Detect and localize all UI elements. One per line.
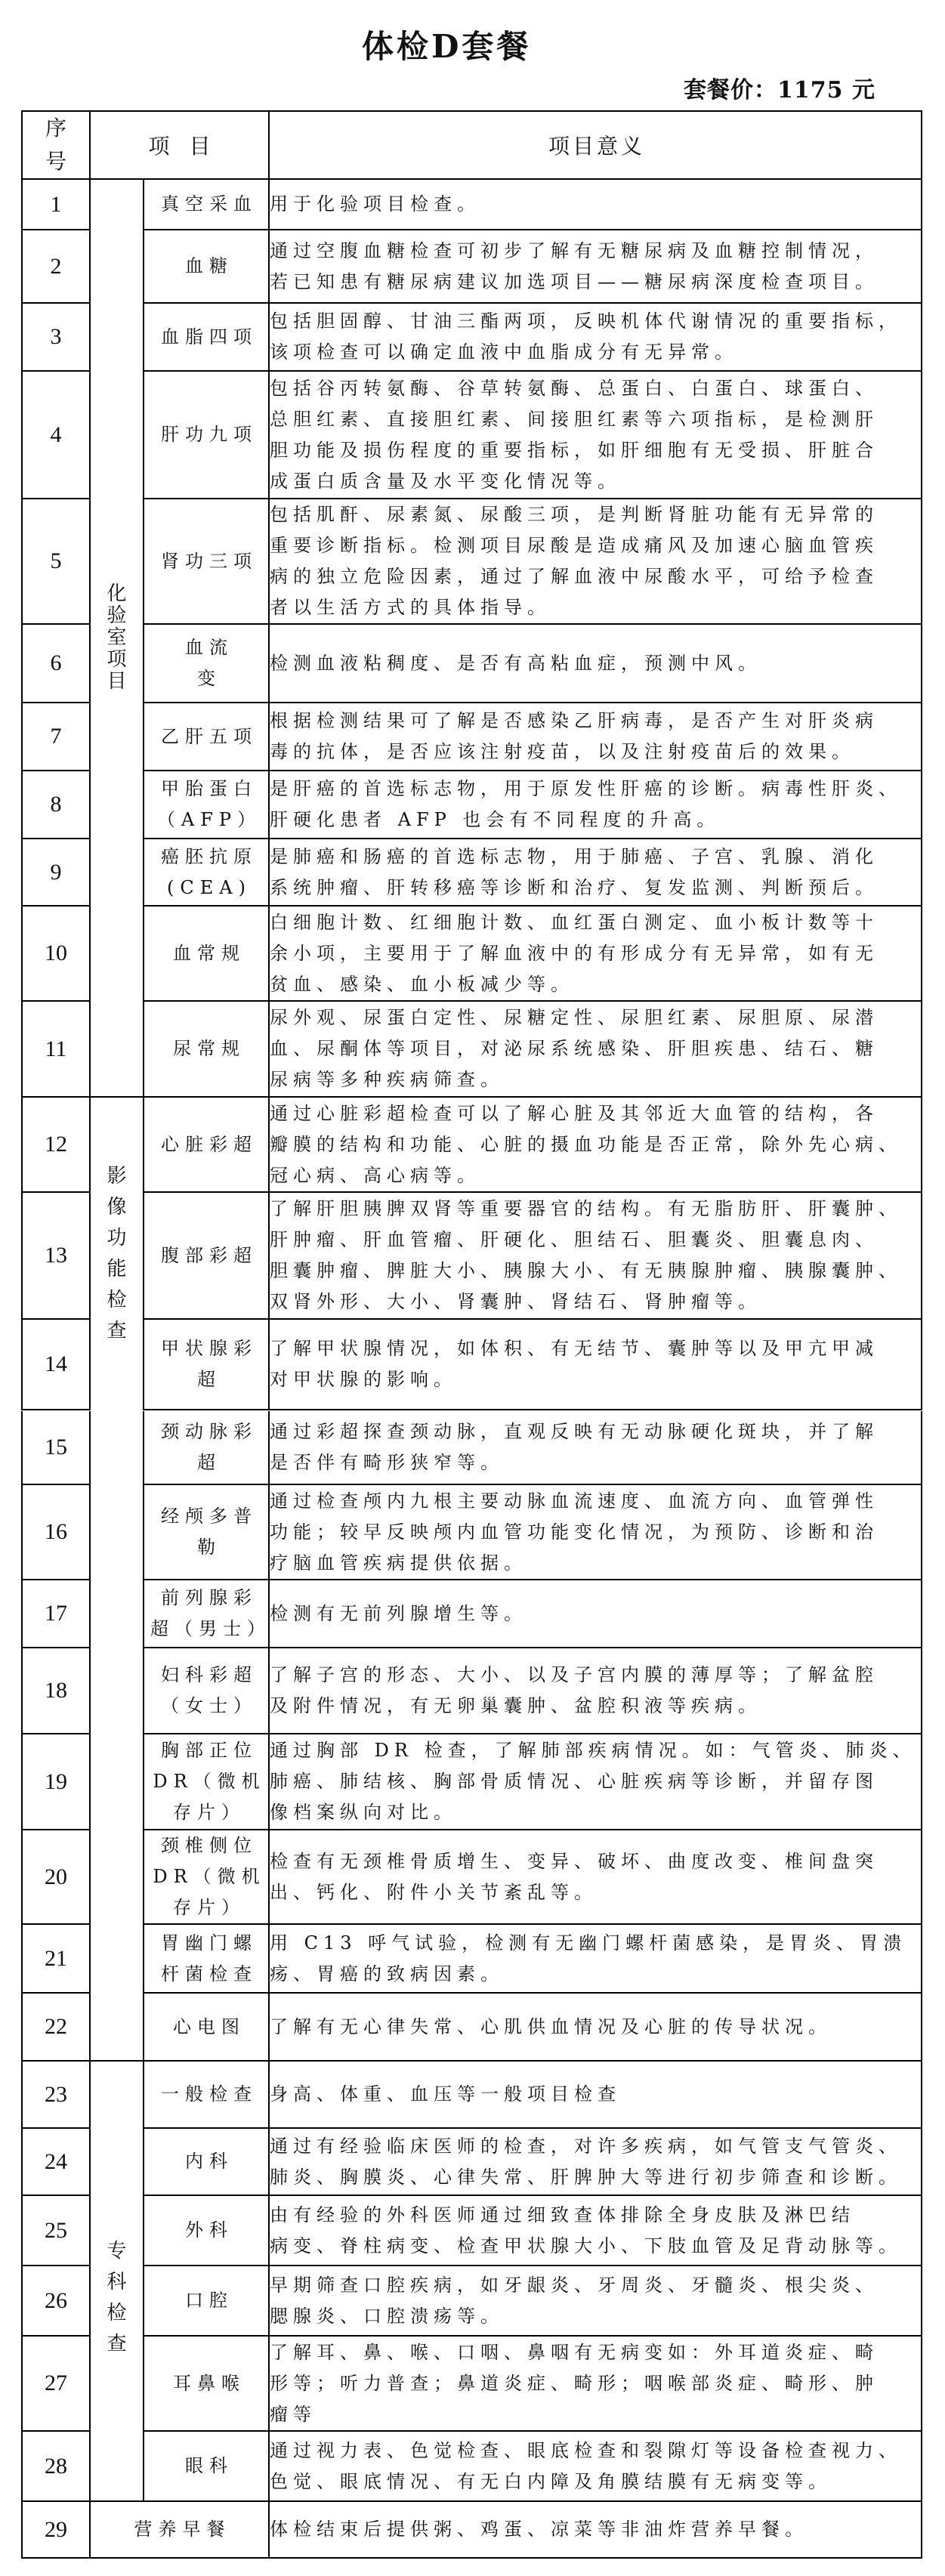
item-name: 颈椎侧位 DR（微机 存片） bbox=[144, 1830, 269, 1924]
meaning-line: 余小项，主要用于了解血液中的有形成分有无异常，如有无 bbox=[270, 938, 921, 969]
meaning-line: 肺癌、肺结核、胸部骨质情况、心脏疾病等诊断，并留存图 bbox=[270, 1766, 921, 1797]
row-number: 10 bbox=[22, 906, 90, 1001]
table-row: 28 眼科 通过视力表、色觉检查、眼底检查和裂隙灯等设备检查视力、 色觉、眼底情… bbox=[22, 2431, 922, 2501]
item-name-line: 甲胎蛋白 bbox=[144, 774, 268, 805]
item-name-line: 肝功九项 bbox=[144, 419, 268, 450]
row-number: 17 bbox=[22, 1580, 90, 1648]
meaning-line: 冠心病、高心病等。 bbox=[270, 1160, 921, 1191]
table-row: 1 化验室项目 真空采血 用于化验项目检查。 bbox=[22, 179, 922, 230]
item-name: 血糖 bbox=[144, 230, 269, 303]
table-row: 12 影像功能检查 心脏彩超 通过心脏彩超检查可以了解心脏及其邻近大血管的结构，… bbox=[22, 1097, 922, 1192]
item-name-line: 勒 bbox=[144, 1532, 268, 1563]
meaning-line: 病变、脊柱病变、检查甲状腺大小、下肢血管及足背动脉等。 bbox=[270, 2231, 921, 2262]
item-name-line: 真空采血 bbox=[144, 189, 268, 220]
table-row: 5 肾功三项 包括肌酐、尿素氮、尿酸三项，是判断肾脏功能有无异常的 重要诊断指标… bbox=[22, 499, 922, 624]
meaning-line: 是肝癌的首选标志物，用于原发性肝癌的诊断。病毒性肝炎、 bbox=[270, 774, 921, 805]
item-name-line: 存片） bbox=[144, 1892, 268, 1923]
item-meaning: 是肺癌和肠癌的首选标志物，用于肺癌、子宫、乳腺、消化 系统肿瘤、肝转移癌等诊断和… bbox=[269, 839, 922, 906]
item-meaning: 了解甲状腺情况，如体积、有无结节、囊肿等以及甲亢甲减 对甲状腺的影响。 bbox=[269, 1319, 922, 1410]
meaning-line: 通过有经验临床医师的检查，对许多疾病，如气管支气管炎、 bbox=[270, 2131, 921, 2162]
item-name: 甲胎蛋白 （AFP） bbox=[144, 771, 269, 839]
item-name: 乙肝五项 bbox=[144, 703, 269, 771]
item-name-line: 存片） bbox=[144, 1797, 268, 1828]
meaning-line: 疗脑血管疾病提供依据。 bbox=[270, 1548, 921, 1579]
row-number: 8 bbox=[22, 771, 90, 839]
page-title: 体检D套餐 bbox=[362, 27, 531, 66]
item-name: 胸部正位 DR（微机 存片） bbox=[144, 1734, 269, 1830]
package-price: 套餐价：1175 元 bbox=[684, 76, 876, 106]
category-label-lab: 化验室项目 bbox=[107, 583, 127, 693]
item-name-line: 一般检查 bbox=[144, 2079, 268, 2110]
meaning-line: 通过检查颅内九根主要动脉血流速度、血流方向、血管弹性 bbox=[270, 1486, 921, 1517]
header-no-label: 序号 bbox=[45, 112, 66, 178]
row-number: 29 bbox=[22, 2501, 90, 2558]
meaning-line: 及附件情况，有无卵巢囊肿、盆腔积液等疾病。 bbox=[270, 1691, 921, 1722]
item-meaning: 尿外观、尿蛋白定性、尿糖定性、尿胆红素、尿胆原、尿潜 血、尿酮体等项目，对泌尿系… bbox=[269, 1001, 922, 1097]
item-meaning: 根据检测结果可了解是否感染乙肝病毒，是否产生对肝炎病 毒的抗体，是否应该注射疫苗… bbox=[269, 703, 922, 771]
item-name: 癌胚抗原 (CEA) bbox=[144, 839, 269, 906]
item-meaning: 用于化验项目检查。 bbox=[269, 179, 922, 230]
meaning-line: 用 C13 呼气试验，检测有无幽门螺杆菌感染，是胃炎、胃溃 bbox=[270, 1928, 921, 1959]
meaning-line: 由有经验的外科医师通过细致查体排除全身皮肤及淋巴结 bbox=[270, 2200, 921, 2231]
item-meaning: 检查有无颈椎骨质增生、变异、破坏、曲度改变、椎间盘突 出、钙化、附件小关节紊乱等… bbox=[269, 1830, 922, 1924]
table-row: 23 专科检查 一般检查 身高、体重、血压等一般项目检查 bbox=[22, 2061, 922, 2128]
item-name-line: 外科 bbox=[144, 2215, 268, 2246]
meaning-line: 体检结束后提供粥、鸡蛋、凉菜等非油炸营养早餐。 bbox=[270, 2514, 921, 2545]
item-name: 血常规 bbox=[144, 906, 269, 1001]
item-name: 胃幽门螺 杆菌检查 bbox=[144, 1924, 269, 1993]
item-name-line: （AFP） bbox=[144, 805, 268, 836]
item-meaning: 检测血液粘稠度、是否有高粘血症，预测中风。 bbox=[269, 624, 922, 703]
meaning-line: 瓣膜的结构和功能、心脏的摄血功能是否正常，除外先心病、 bbox=[270, 1129, 921, 1160]
meaning-line: 成蛋白质含量及水平变化情况等。 bbox=[270, 466, 921, 497]
row-number: 12 bbox=[22, 1097, 90, 1192]
meaning-line: 了解甲状腺情况，如体积、有无结节、囊肿等以及甲亢甲减 bbox=[270, 1333, 921, 1364]
meaning-line: 功能；较早反映颅内血管功能变化情况，为预防、诊断和治 bbox=[270, 1517, 921, 1548]
table-row: 6 血流 变 检测血液粘稠度、是否有高粘血症，预测中风。 bbox=[22, 624, 922, 703]
row-number: 4 bbox=[22, 371, 90, 499]
item-name: 真空采血 bbox=[144, 179, 269, 230]
item-name-line: 超（男士） bbox=[144, 1614, 268, 1645]
item-name-line: 眼科 bbox=[144, 2451, 268, 2482]
table-row: 29 营养早餐 体检结束后提供粥、鸡蛋、凉菜等非油炸营养早餐。 bbox=[22, 2501, 922, 2558]
item-meaning: 检测有无前列腺增生等。 bbox=[269, 1580, 922, 1648]
item-name: 腹部彩超 bbox=[144, 1192, 269, 1319]
meaning-line: 该项检查可以确定血液中血脂成分有无异常。 bbox=[270, 337, 921, 368]
category-label-imaging: 影像功能检查 bbox=[107, 1161, 127, 1347]
document-page: 体检D套餐 套餐价：1175 元 序号 项目 项目意义 1 化验室项目 真空采血… bbox=[0, 0, 945, 2576]
item-meaning: 早期筛查口腔疾病，如牙龈炎、牙周炎、牙髓炎、根尖炎、 腮腺炎、口腔溃疡等。 bbox=[269, 2266, 922, 2336]
row-number: 21 bbox=[22, 1924, 90, 1993]
item-name-line: 妇科彩超 bbox=[144, 1660, 268, 1691]
meaning-line: 了解耳、鼻、喉、口咽、鼻咽有无病变如：外耳道炎症、畸 bbox=[270, 2337, 921, 2368]
row-number: 14 bbox=[22, 1319, 90, 1410]
item-name-line: 癌胚抗原 bbox=[144, 842, 268, 873]
row-number: 22 bbox=[22, 1993, 90, 2061]
table-row: 2 血糖 通过空腹血糖检查可初步了解有无糖尿病及血糖控制情况， 若已知患有糖尿病… bbox=[22, 230, 922, 303]
item-meaning: 包括谷丙转氨酶、谷草转氨酶、总蛋白、白蛋白、球蛋白、 总胆红素、直接胆红素、间接… bbox=[269, 371, 922, 499]
item-name-line: 乙肝五项 bbox=[144, 721, 268, 752]
item-name: 颈动脉彩 超 bbox=[144, 1411, 269, 1484]
meaning-line: 色觉、眼底情况、有无白内障及角膜结膜有无病变等。 bbox=[270, 2466, 921, 2497]
row-number: 26 bbox=[22, 2266, 90, 2336]
row-number: 7 bbox=[22, 703, 90, 771]
item-name: 外科 bbox=[144, 2195, 269, 2266]
item-name: 血脂四项 bbox=[144, 303, 269, 371]
row-number: 3 bbox=[22, 303, 90, 371]
meaning-line: 系统肿瘤、肝转移癌等诊断和治疗、复发监测、判断预后。 bbox=[270, 873, 921, 903]
meaning-line: 肺炎、胸膜炎、心律失常、肝脾肿大等进行初步筛查和诊断。 bbox=[270, 2162, 921, 2193]
category-cell-imaging: 影像功能检查 bbox=[90, 1097, 144, 1410]
item-name: 前列腺彩 超（男士） bbox=[144, 1580, 269, 1648]
table-row: 17 前列腺彩 超（男士） 检测有无前列腺增生等。 bbox=[22, 1580, 922, 1648]
table-row: 22 心电图 了解有无心律失常、心肌供血情况及心脏的传导状况。 bbox=[22, 1993, 922, 2061]
item-name: 耳鼻喉 bbox=[144, 2336, 269, 2431]
item-meaning: 用 C13 呼气试验，检测有无幽门螺杆菌感染，是胃炎、胃溃 疡、胃癌的致病因素。 bbox=[269, 1924, 922, 1993]
item-meaning: 了解肝胆胰脾双肾等重要器官的结构。有无脂肪肝、肝囊肿、 肝肿瘤、肝血管瘤、肝硬化… bbox=[269, 1192, 922, 1319]
meaning-line: 检查有无颈椎骨质增生、变异、破坏、曲度改变、椎间盘突 bbox=[270, 1846, 921, 1877]
item-name: 肾功三项 bbox=[144, 499, 269, 624]
table-row: 4 肝功九项 包括谷丙转氨酶、谷草转氨酶、总蛋白、白蛋白、球蛋白、 总胆红素、直… bbox=[22, 371, 922, 499]
item-meaning: 包括胆固醇、甘油三酯两项，反映机体代谢情况的重要指标， 该项检查可以确定血液中血… bbox=[269, 303, 922, 371]
row-number: 1 bbox=[22, 179, 90, 230]
meaning-line: 肝肿瘤、肝血管瘤、肝硬化、胆结石、胆囊炎、胆囊息肉、 bbox=[270, 1225, 921, 1256]
table-row: 27 耳鼻喉 了解耳、鼻、喉、口咽、鼻咽有无病变如：外耳道炎症、畸 形等；听力普… bbox=[22, 2336, 922, 2431]
item-name: 尿常规 bbox=[144, 1001, 269, 1097]
item-name: 心电图 bbox=[144, 1993, 269, 2061]
item-name-line: 前列腺彩 bbox=[144, 1583, 268, 1614]
row-number: 27 bbox=[22, 2336, 90, 2431]
item-name-line: 血常规 bbox=[144, 938, 268, 969]
meaning-line: 疡、胃癌的致病因素。 bbox=[270, 1959, 921, 1990]
item-name-line: 胸部正位 bbox=[144, 1735, 268, 1766]
item-name-line: DR（微机 bbox=[144, 1861, 268, 1892]
meaning-line: 包括谷丙转氨酶、谷草转氨酶、总蛋白、白蛋白、球蛋白、 bbox=[270, 373, 921, 404]
item-meaning: 是肝癌的首选标志物，用于原发性肝癌的诊断。病毒性肝炎、 肝硬化患者 AFP 也会… bbox=[269, 771, 922, 839]
meaning-line: 若已知患有糖尿病建议加选项目——糖尿病深度检查项目。 bbox=[270, 267, 921, 298]
table-row: 24 内科 通过有经验临床医师的检查，对许多疾病，如气管支气管炎、 肺炎、胸膜炎… bbox=[22, 2128, 922, 2195]
item-name-line: 心脏彩超 bbox=[144, 1129, 268, 1160]
item-name-line: 变 bbox=[144, 663, 268, 694]
table-row: 3 血脂四项 包括胆固醇、甘油三酯两项，反映机体代谢情况的重要指标， 该项检查可… bbox=[22, 303, 922, 371]
row-number: 6 bbox=[22, 624, 90, 703]
table-row: 7 乙肝五项 根据检测结果可了解是否感染乙肝病毒，是否产生对肝炎病 毒的抗体，是… bbox=[22, 703, 922, 771]
item-name-line: 经颅多普 bbox=[144, 1501, 268, 1532]
category-cell-lab: 化验室项目 bbox=[90, 179, 144, 1097]
item-name: 口腔 bbox=[144, 2266, 269, 2336]
item-meaning: 体检结束后提供粥、鸡蛋、凉菜等非油炸营养早餐。 bbox=[269, 2501, 922, 2558]
item-meaning: 了解子宫的形态、大小、以及子宫内膜的薄厚等；了解盆腔 及附件情况，有无卵巢囊肿、… bbox=[269, 1648, 922, 1734]
item-name-line: 杆菌检查 bbox=[144, 1959, 268, 1990]
row-number: 19 bbox=[22, 1734, 90, 1830]
item-name-line: 肾功三项 bbox=[144, 546, 268, 577]
meaning-line: 形等；听力普查；鼻道炎症、畸形；咽喉部炎症、畸形、肿 bbox=[270, 2368, 921, 2399]
item-name-line: 超 bbox=[144, 1364, 268, 1395]
table-row: 9 癌胚抗原 (CEA) 是肺癌和肠癌的首选标志物，用于肺癌、子宫、乳腺、消化 … bbox=[22, 839, 922, 906]
meaning-line: 早期筛查口腔疾病，如牙龈炎、牙周炎、牙髓炎、根尖炎、 bbox=[270, 2270, 921, 2301]
row-number: 20 bbox=[22, 1830, 90, 1924]
table-row: 26 口腔 早期筛查口腔疾病，如牙龈炎、牙周炎、牙髓炎、根尖炎、 腮腺炎、口腔溃… bbox=[22, 2266, 922, 2336]
meaning-line: 了解肝胆胰脾双肾等重要器官的结构。有无脂肪肝、肝囊肿、 bbox=[270, 1194, 921, 1225]
meaning-line: 病的独立危险因素，通过了解血液中尿酸水平，可给予检查 bbox=[270, 561, 921, 592]
meaning-line: 胆囊肿瘤、脾脏大小、胰腺大小、有无胰腺肿瘤、胰腺囊肿、 bbox=[270, 1256, 921, 1286]
item-name-line: DR（微机 bbox=[144, 1766, 268, 1797]
item-meaning: 通过彩超探查颈动脉，直观反映有无动脉硬化斑块，并了解 是否伴有畸形狭窄等。 bbox=[269, 1411, 922, 1484]
row-number: 18 bbox=[22, 1648, 90, 1734]
meaning-line: 包括肌酐、尿素氮、尿酸三项，是判断肾脏功能有无异常的 bbox=[270, 499, 921, 530]
row-number: 28 bbox=[22, 2431, 90, 2501]
table-row: 21 胃幽门螺 杆菌检查 用 C13 呼气试验，检测有无幽门螺杆菌感染，是胃炎、… bbox=[22, 1924, 922, 1993]
row-number: 11 bbox=[22, 1001, 90, 1097]
meaning-line: 用于化验项目检查。 bbox=[270, 189, 921, 220]
meaning-line: 毒的抗体，是否应该注射疫苗，以及注射疫苗后的效果。 bbox=[270, 737, 921, 768]
table-row: 11 尿常规 尿外观、尿蛋白定性、尿糖定性、尿胆红素、尿胆原、尿潜 血、尿酮体等… bbox=[22, 1001, 922, 1097]
item-name-line: 营养早餐 bbox=[91, 2514, 268, 2545]
item-meaning: 通过心脏彩超检查可以了解心脏及其邻近大血管的结构，各 瓣膜的结构和功能、心脏的摄… bbox=[269, 1097, 922, 1192]
item-name-line: 颈椎侧位 bbox=[144, 1830, 268, 1861]
item-name: 内科 bbox=[144, 2128, 269, 2195]
table-row: 10 血常规 白细胞计数、红细胞计数、血红蛋白测定、血小板计数等十 余小项，主要… bbox=[22, 906, 922, 1001]
item-name-line: 血流 bbox=[144, 632, 268, 663]
meaning-line: 血、尿酮体等项目，对泌尿系统感染、肝胆疾患、结石、糖 bbox=[270, 1033, 921, 1064]
row-number: 25 bbox=[22, 2195, 90, 2266]
meaning-line: 总胆红素、直接胆红素、间接胆红素等六项指标，是检测肝 bbox=[270, 404, 921, 435]
meaning-line: 了解子宫的形态、大小、以及子宫内膜的薄厚等；了解盆腔 bbox=[270, 1660, 921, 1691]
row-number: 2 bbox=[22, 230, 90, 303]
item-meaning: 通过有经验临床医师的检查，对许多疾病，如气管支气管炎、 肺炎、胸膜炎、心律失常、… bbox=[269, 2128, 922, 2195]
row-number: 9 bbox=[22, 839, 90, 906]
package-table-part-1: 序号 项目 项目意义 1 化验室项目 真空采血 用于化验项目检查。 2 血糖 通… bbox=[21, 110, 922, 1410]
item-name-line: （女士） bbox=[144, 1691, 268, 1722]
item-name-line: 口腔 bbox=[144, 2285, 268, 2316]
meaning-line: 通过心脏彩超检查可以了解心脏及其邻近大血管的结构，各 bbox=[270, 1098, 921, 1129]
header-meaning: 项目意义 bbox=[269, 111, 922, 179]
meaning-line: 通过彩超探查颈动脉，直观反映有无动脉硬化斑块，并了解 bbox=[270, 1416, 921, 1447]
category-label-specialist: 专科检查 bbox=[107, 2236, 127, 2360]
item-meaning: 白细胞计数、红细胞计数、血红蛋白测定、血小板计数等十 余小项，主要用于了解血液中… bbox=[269, 906, 922, 1001]
table-row: 19 胸部正位 DR（微机 存片） 通过胸部 DR 检查，了解肺部疾病情况。如：… bbox=[22, 1734, 922, 1830]
table-header-row: 序号 项目 项目意义 bbox=[22, 111, 922, 179]
item-meaning: 了解耳、鼻、喉、口咽、鼻咽有无病变如：外耳道炎症、畸 形等；听力普查；鼻道炎症、… bbox=[269, 2336, 922, 2431]
item-name: 肝功九项 bbox=[144, 371, 269, 499]
meaning-line: 检测有无前列腺增生等。 bbox=[270, 1598, 921, 1629]
table-row: 8 甲胎蛋白 （AFP） 是肝癌的首选标志物，用于原发性肝癌的诊断。病毒性肝炎、… bbox=[22, 771, 922, 839]
item-name: 一般检查 bbox=[144, 2061, 269, 2128]
category-cell-imaging-continued bbox=[90, 1411, 144, 2061]
item-meaning: 由有经验的外科医师通过细致查体排除全身皮肤及淋巴结 病变、脊柱病变、检查甲状腺大… bbox=[269, 2195, 922, 2266]
meaning-line: 白细胞计数、红细胞计数、血红蛋白测定、血小板计数等十 bbox=[270, 907, 921, 938]
header-meaning-label: 项目意义 bbox=[545, 134, 645, 159]
item-name-line: 心电图 bbox=[144, 2012, 268, 2043]
meaning-line: 通过视力表、色觉检查、眼底检查和裂隙灯等设备检查视力、 bbox=[270, 2435, 921, 2466]
item-name-line: (CEA) bbox=[144, 873, 268, 903]
item-name: 眼科 bbox=[144, 2431, 269, 2501]
table-row: 16 经颅多普 勒 通过检查颅内九根主要动脉血流速度、血流方向、血管弹性 功能；… bbox=[22, 1484, 922, 1580]
table-row: 25 外科 由有经验的外科医师通过细致查体排除全身皮肤及淋巴结 病变、脊柱病变、… bbox=[22, 2195, 922, 2266]
category-cell-specialist: 专科检查 bbox=[90, 2061, 144, 2501]
item-meaning: 通过检查颅内九根主要动脉血流速度、血流方向、血管弹性 功能；较早反映颅内血管功能… bbox=[269, 1484, 922, 1580]
item-name-line: 血脂四项 bbox=[144, 322, 268, 353]
item-name: 心脏彩超 bbox=[144, 1097, 269, 1192]
row-number: 16 bbox=[22, 1484, 90, 1580]
header-item-label: 项目 bbox=[129, 134, 230, 159]
row-number: 24 bbox=[22, 2128, 90, 2195]
item-name: 经颅多普 勒 bbox=[144, 1484, 269, 1580]
meaning-line: 检测血液粘稠度、是否有高粘血症，预测中风。 bbox=[270, 648, 921, 679]
header-no: 序号 bbox=[22, 111, 90, 179]
item-name-line: 胃幽门螺 bbox=[144, 1928, 268, 1959]
item-meaning: 通过视力表、色觉检查、眼底检查和裂隙灯等设备检查视力、 色觉、眼底情况、有无白内… bbox=[269, 2431, 922, 2501]
row-number: 13 bbox=[22, 1192, 90, 1319]
row-number: 23 bbox=[22, 2061, 90, 2128]
meaning-line: 尿外观、尿蛋白定性、尿糖定性、尿胆红素、尿胆原、尿潜 bbox=[270, 1002, 921, 1033]
item-meaning: 包括肌酐、尿素氮、尿酸三项，是判断肾脏功能有无异常的 重要诊断指标。检测项目尿酸… bbox=[269, 499, 922, 624]
item-name-line: 血糖 bbox=[144, 251, 268, 282]
meaning-line: 通过胸部 DR 检查，了解肺部疾病情况。如：气管炎、肺炎、 bbox=[270, 1735, 921, 1766]
table-row: 18 妇科彩超 （女士） 了解子宫的形态、大小、以及子宫内膜的薄厚等；了解盆腔 … bbox=[22, 1648, 922, 1734]
meaning-line: 像档案纵向对比。 bbox=[270, 1797, 921, 1828]
meaning-line: 根据检测结果可了解是否感染乙肝病毒，是否产生对肝炎病 bbox=[270, 706, 921, 737]
header-item: 项目 bbox=[90, 111, 269, 179]
item-meaning: 身高、体重、血压等一般项目检查 bbox=[269, 2061, 922, 2128]
table-row: 13 腹部彩超 了解肝胆胰脾双肾等重要器官的结构。有无脂肪肝、肝囊肿、 肝肿瘤、… bbox=[22, 1192, 922, 1319]
meaning-line: 出、钙化、附件小关节紊乱等。 bbox=[270, 1877, 921, 1908]
row-number: 5 bbox=[22, 499, 90, 624]
item-meaning: 通过空腹血糖检查可初步了解有无糖尿病及血糖控制情况， 若已知患有糖尿病建议加选项… bbox=[269, 230, 922, 303]
item-name-line: 内科 bbox=[144, 2146, 268, 2177]
meaning-line: 是肺癌和肠癌的首选标志物，用于肺癌、子宫、乳腺、消化 bbox=[270, 842, 921, 873]
item-name: 妇科彩超 （女士） bbox=[144, 1648, 269, 1734]
meaning-line: 身高、体重、血压等一般项目检查 bbox=[270, 2079, 921, 2110]
meaning-line: 者以生活方式的具体指导。 bbox=[270, 592, 921, 623]
meaning-line: 通过空腹血糖检查可初步了解有无糖尿病及血糖控制情况， bbox=[270, 236, 921, 267]
meaning-line: 贫血、感染、血小板减少等。 bbox=[270, 969, 921, 1000]
meaning-line: 肝硬化患者 AFP 也会有不同程度的升高。 bbox=[270, 805, 921, 836]
meaning-line: 了解有无心律失常、心肌供血情况及心脏的传导状况。 bbox=[270, 2012, 921, 2043]
meaning-line: 对甲状腺的影响。 bbox=[270, 1364, 921, 1395]
package-table-part-2: 15 颈动脉彩 超 通过彩超探查颈动脉，直观反映有无动脉硬化斑块，并了解 是否伴… bbox=[21, 1411, 922, 2559]
item-name: 营养早餐 bbox=[90, 2501, 269, 2558]
table-row: 15 颈动脉彩 超 通过彩超探查颈动脉，直观反映有无动脉硬化斑块，并了解 是否伴… bbox=[22, 1411, 922, 1484]
meaning-line: 是否伴有畸形狭窄等。 bbox=[270, 1447, 921, 1478]
meaning-line: 重要诊断指标。检测项目尿酸是造成痛风及加速心脑血管疾 bbox=[270, 530, 921, 561]
item-name-line: 耳鼻喉 bbox=[144, 2368, 268, 2399]
item-name: 血流 变 bbox=[144, 624, 269, 703]
item-name-line: 超 bbox=[144, 1447, 268, 1478]
meaning-line: 腮腺炎、口腔溃疡等。 bbox=[270, 2301, 921, 2332]
item-meaning: 通过胸部 DR 检查，了解肺部疾病情况。如：气管炎、肺炎、 肺癌、肺结核、胸部骨… bbox=[269, 1734, 922, 1830]
item-name: 甲状腺彩 超 bbox=[144, 1319, 269, 1410]
meaning-line: 胆功能及损伤程度的重要指标，如肝细胞有无受损、肝脏合 bbox=[270, 435, 921, 466]
item-name-line: 尿常规 bbox=[144, 1033, 268, 1064]
meaning-line: 瘤等 bbox=[270, 2399, 921, 2430]
meaning-line: 包括胆固醇、甘油三酯两项，反映机体代谢情况的重要指标， bbox=[270, 306, 921, 337]
meaning-line: 双肾外形、大小、肾囊肿、肾结石、肾肿瘤等。 bbox=[270, 1286, 921, 1317]
table-row: 14 甲状腺彩 超 了解甲状腺情况，如体积、有无结节、囊肿等以及甲亢甲减 对甲状… bbox=[22, 1319, 922, 1410]
table-row: 20 颈椎侧位 DR（微机 存片） 检查有无颈椎骨质增生、变异、破坏、曲度改变、… bbox=[22, 1830, 922, 1924]
row-number: 15 bbox=[22, 1411, 90, 1484]
item-meaning: 了解有无心律失常、心肌供血情况及心脏的传导状况。 bbox=[269, 1993, 922, 2061]
item-name-line: 腹部彩超 bbox=[144, 1240, 268, 1271]
meaning-line: 尿病等多种疾病筛查。 bbox=[270, 1064, 921, 1095]
item-name-line: 甲状腺彩 bbox=[144, 1333, 268, 1364]
item-name-line: 颈动脉彩 bbox=[144, 1416, 268, 1447]
